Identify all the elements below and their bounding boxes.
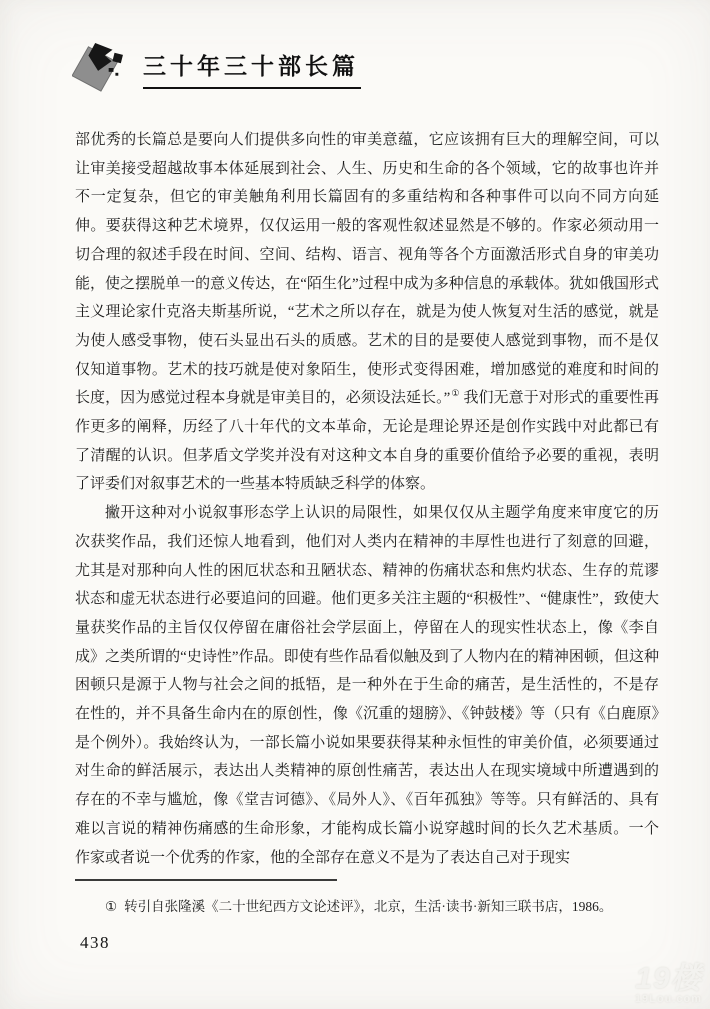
paragraph-1-text: 部优秀的长篇总是要向人们提供多向性的审美意蕴，它应该拥有巨大的理解空间，可以让审… bbox=[75, 132, 659, 406]
paragraph-1: 部优秀的长篇总是要向人们提供多向性的审美意蕴，它应该拥有巨大的理解空间，可以让审… bbox=[75, 126, 659, 499]
paragraph-2: 撇开这种对小说叙事形态学上认识的局限性，如果仅仅从主题学角度来审度它的历次获奖作… bbox=[75, 499, 659, 872]
watermark-url-text: 19Lou.com bbox=[635, 993, 702, 1005]
watermark-logo-text: 19楼 bbox=[635, 965, 702, 993]
site-watermark: 19楼 19Lou.com bbox=[635, 965, 702, 1005]
footnote-section: ①转引自张隆溪《二十世纪西方文论述评》，北京，生活·读书·新知三联书店，1986… bbox=[75, 879, 659, 917]
publisher-diamond-logo-icon bbox=[72, 42, 128, 94]
main-text: 部优秀的长篇总是要向人们提供多向性的审美意蕴，它应该拥有巨大的理解空间，可以让审… bbox=[75, 126, 659, 872]
page-header: 三十年三十部长篇 bbox=[72, 42, 361, 94]
book-page: 三十年三十部长篇 部优秀的长篇总是要向人们提供多向性的审美意蕴，它应该拥有巨大的… bbox=[0, 0, 710, 1009]
footnote-divider bbox=[75, 879, 337, 881]
page-number: 438 bbox=[80, 933, 110, 953]
footnote-text: 转引自张隆溪《二十世纪西方文论述评》，北京，生活·读书·新知三联书店，1986。 bbox=[124, 899, 612, 914]
footnote: ①转引自张隆溪《二十世纪西方文论述评》，北京，生活·读书·新知三联书店，1986… bbox=[75, 897, 659, 917]
series-title: 三十年三十部长篇 bbox=[143, 48, 361, 89]
footnote-marker: ① bbox=[105, 899, 117, 914]
footnote-reference-mark: ① bbox=[451, 388, 459, 398]
